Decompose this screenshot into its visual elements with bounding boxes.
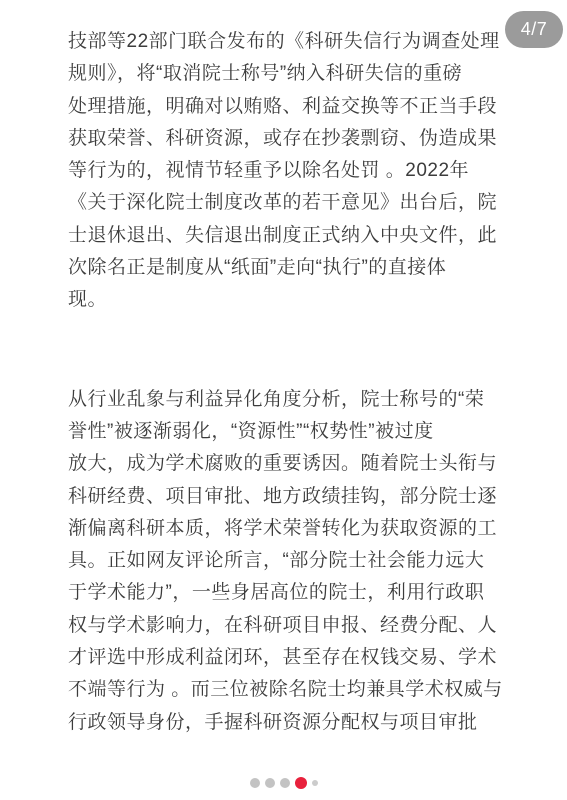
text-line: 规则》，将“取消院士称号”纳入科研失信的重磅 (68, 58, 506, 90)
text-line: 不端等行为 。而三位被除名院士均兼具学术权威与 (68, 674, 506, 706)
text-line: 于学术能力”，一些身居高位的院士，利用行政职 (68, 577, 506, 609)
text-line: 从行业乱象与利益异化角度分析，院士称号的“荣 (68, 384, 506, 416)
text-line: 处理措施，明确对以贿赂、利益交换等不正当手段 (68, 91, 506, 123)
pagination-dot[interactable] (312, 780, 318, 786)
text-line: 誉性”被逐渐弱化，“资源性”“权势性”被过度 (68, 416, 506, 448)
paragraph: 技部等22部门联合发布的《科研失信行为调查处理规则》，将“取消院士称号”纳入科研… (68, 26, 506, 317)
text-line: 《关于深化院士制度改革的若干意见》出台后，院 (68, 187, 506, 219)
pagination-dot[interactable] (280, 778, 290, 788)
pagination-dot[interactable] (265, 778, 275, 788)
text-line: 具。正如网友评论所言，“部分院士社会能力远大 (68, 545, 506, 577)
text-line: 士退休退出、失信退出制度正式纳入中央文件，此 (68, 220, 506, 252)
text-line: 次除名正是制度从“纸面”走向“执行”的直接体 (68, 252, 506, 284)
paragraph: 从行业乱象与利益异化角度分析，院士称号的“荣誉性”被逐渐弱化，“资源性”“权势性… (68, 384, 506, 739)
pagination-dot-active[interactable] (295, 777, 307, 789)
article-text: 技部等22部门联合发布的《科研失信行为调查处理规则》，将“取消院士称号”纳入科研… (68, 26, 506, 739)
pagination-dot[interactable] (250, 778, 260, 788)
text-line: 才评选中形成利益闭环，甚至存在权钱交易、学术 (68, 642, 506, 674)
pagination-dots (0, 777, 567, 789)
image-page: 4/7 技部等22部门联合发布的《科研失信行为调查处理规则》，将“取消院士称号”… (0, 0, 567, 800)
page-counter-badge: 4/7 (505, 11, 563, 48)
text-line: 渐偏离科研本质，将学术荣誉转化为获取资源的工 (68, 513, 506, 545)
text-line: 行政领导身份，手握科研资源分配权与项目审批 (68, 707, 506, 739)
text-line: 获取荣誉、科研资源，或存在抄袭剽窃、伪造成果 (68, 123, 506, 155)
text-line: 技部等22部门联合发布的《科研失信行为调查处理 (68, 26, 506, 58)
text-line: 科研经费、项目审批、地方政绩挂钩，部分院士逐 (68, 481, 506, 513)
text-line: 权与学术影响力，在科研项目申报、经费分配、人 (68, 610, 506, 642)
text-line: 等行为的，视情节轻重予以除名处罚 。2022年 (68, 155, 506, 187)
text-line: 放大，成为学术腐败的重要诱因。随着院士头衔与 (68, 448, 506, 480)
text-line: 现。 (68, 284, 506, 316)
